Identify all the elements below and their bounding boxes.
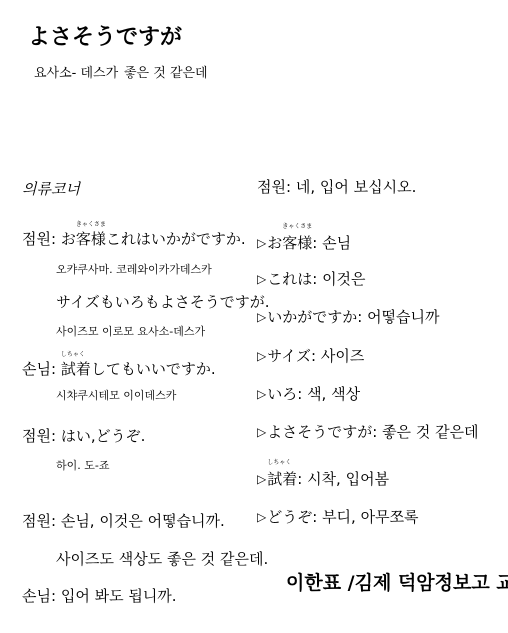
triangle-bullet-icon: ▷ (257, 387, 266, 401)
dialogue-reading-4: 하이. 도-죠 (56, 457, 109, 473)
vocab-item-3: ▷いかがですか: 어떻습니까 (257, 306, 440, 327)
triangle-bullet-icon: ▷ (257, 510, 266, 524)
dialogue-reading-1: 오캬쿠사마. 코레와이카가데스카 (56, 261, 212, 277)
speaker-label: 손님: (22, 587, 56, 605)
dialogue-line-4: 점원: はい,どうぞ. (22, 427, 145, 445)
speaker-label: 점원: (22, 512, 56, 530)
title-meaning: 좋은 것 같은데 (124, 62, 208, 81)
ruby-word: きゃくさま客様 (282, 232, 312, 253)
translation-line-1: 점원: 손님, 이것은 어떻습니까. (22, 512, 225, 530)
vocab-item-8: ▷どうぞ: 부디, 아무쪼록 (257, 506, 419, 527)
dialogue-line-3: 손님: しちゃく試着してもいいですか. (22, 360, 216, 378)
dialogue-line-1: 점원: おきゃくさま客様これはいかがですか. (22, 230, 246, 248)
triangle-bullet-icon: ▷ (257, 425, 266, 439)
title-reading: 요사소- 데스가 (34, 62, 118, 81)
dialogue-line-2: サイズもいろもよさそうですが. (56, 293, 270, 311)
speaker-label: 점원: (22, 230, 56, 248)
vocab-item-2: ▷これは: 이것은 (257, 268, 366, 289)
triangle-bullet-icon: ▷ (257, 236, 266, 250)
vocab-item-5: ▷いろ: 색, 색상 (257, 383, 360, 404)
section-title: 의류코너 (22, 178, 80, 199)
reply-line: 점원: 네, 입어 보십시오. (257, 178, 416, 196)
author-credit: 이한표 /김제 덕암정보고 교사 (286, 568, 508, 595)
speaker-label: 점원: (22, 427, 56, 445)
ruby-word: しちゃく試着 (61, 360, 91, 378)
speaker-label: 점원: (257, 178, 291, 196)
vocab-item-7: ▷しちゃく試着: 시착, 입어봄 (257, 468, 389, 489)
triangle-bullet-icon: ▷ (257, 272, 266, 286)
ruby-word: きゃくさま客様 (76, 230, 106, 248)
translation-line-3: 손님: 입어 봐도 됩니까. (22, 587, 177, 605)
dialogue-reading-3: 시챠쿠시테모 이이데스카 (56, 387, 176, 403)
triangle-bullet-icon: ▷ (257, 349, 266, 363)
triangle-bullet-icon: ▷ (257, 310, 266, 324)
ruby-word: しちゃく試着 (267, 468, 297, 489)
dialogue-reading-2: 사이즈모 이로모 요사소-데스가 (56, 323, 205, 339)
speaker-label: 손님: (22, 360, 56, 378)
vocab-item-4: ▷サイズ: 사이즈 (257, 345, 364, 366)
vocab-item-6: ▷よさそうですが: 좋은 것 같은데 (257, 421, 479, 442)
lesson-title: よさそうですが (28, 20, 182, 51)
triangle-bullet-icon: ▷ (257, 472, 266, 486)
vocab-item-1: ▷おきゃくさま客様: 손님 (257, 232, 351, 253)
translation-line-2: 사이즈도 색상도 좋은 것 같은데. (56, 550, 268, 568)
